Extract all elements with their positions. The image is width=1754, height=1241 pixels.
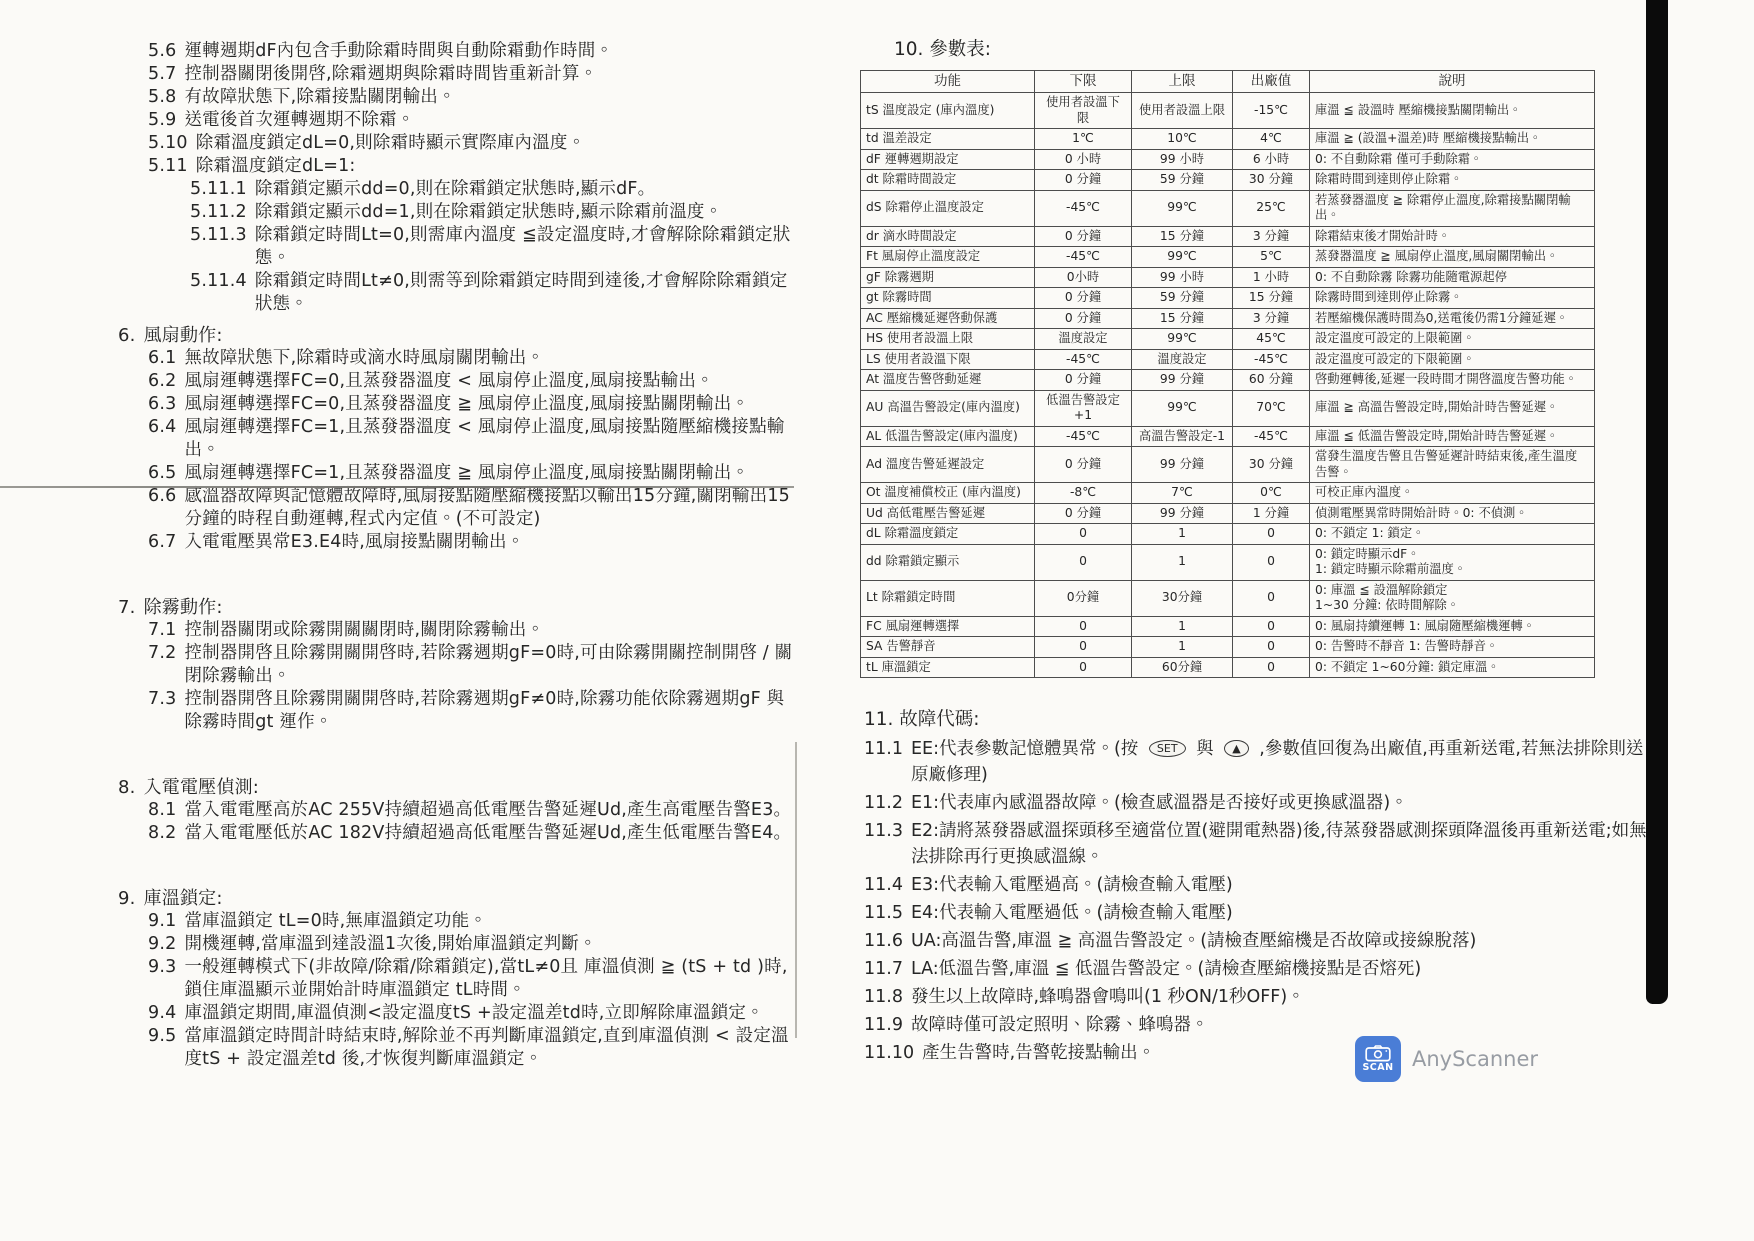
item-text: 風扇運轉選擇FC=0,且蒸發器溫度 < 風扇停止溫度,風扇接點輸出。 [184,370,794,393]
cell-factory-default: 30 分鐘 [1233,170,1310,191]
item-text: 無故障狀態下,除霜時或滴水時風扇關閉輸出。 [184,347,794,370]
table-row: td 溫差設定 1℃ 10℃ 4℃ 庫溫 ≧ (設溫+溫差)時 壓縮機接點輸出。 [861,129,1595,150]
table-row: AC 壓縮機延遲啓動保護 0 分鐘 15 分鐘 3 分鐘 若壓縮機保護時間為0,… [861,308,1595,329]
item-number: 11.1 [864,736,903,788]
item-number: 8.1 [148,799,176,822]
cell-description: 可校正庫內溫度。 [1310,483,1595,504]
cell-function: Lt 除霜鎖定時間 [861,580,1035,616]
fault-code-list: 11.1 EE:代表參數記憶體異常。(按 SET 與 ▲ ,參數值回復為出廠值,… [864,736,1650,1066]
cell-lower-limit: 0 分鐘 [1035,503,1132,524]
table-row: Lt 除霜鎖定時間 0分鐘 30分鐘 0 0: 庫溫 ≦ 設溫解除鎖定 1~30… [861,580,1595,616]
cell-description: 蒸發器溫度 ≧ 風扇停止溫度,風扇關閉輸出。 [1310,247,1595,268]
item-text: 除霜鎖定顯示dd=1,則在除霜鎖定狀態時,顯示除霜前溫度。 [255,201,794,224]
cell-lower-limit: 0 分鐘 [1035,170,1132,191]
cell-factory-default: 0 [1233,616,1310,637]
cell-lower-limit: -45℃ [1035,247,1132,268]
cell-description: 除霜時間到達則停止除霜。 [1310,170,1595,191]
cell-lower-limit: 0分鐘 [1035,580,1132,616]
cell-upper-limit: 99℃ [1132,247,1233,268]
item-number: 7. [118,596,136,619]
item-text: 當入電電壓高於AC 255V持續超過高低電壓告警延遲Ud,產生高電壓告警E3。 [184,799,794,822]
fault-item: 11.3 E2:請將蒸發器感溫探頭移至適當位置(避開電熱器)後,待蒸發器感測探頭… [864,818,1650,870]
cell-upper-limit: 99 小時 [1132,267,1233,288]
cell-function: Ud 高低電壓告警延遲 [861,503,1035,524]
item-text: 風扇運轉選擇FC=1,且蒸發器溫度 ≧ 風扇停止溫度,風扇接點關閉輸出。 [184,462,794,485]
list-item: 6.4 風扇運轉選擇FC=1,且蒸發器溫度 < 風扇停止溫度,風扇接點隨壓縮機接… [148,416,794,462]
cell-function: LS 使用者設溫下限 [861,349,1035,370]
item-number: 6.4 [148,416,176,462]
list-item: 6.7 入電電壓異常E3.E4時,風扇接點關閉輸出。 [148,531,794,554]
item-text: E2:請將蒸發器感溫探頭移至適當位置(避開電熱器)後,待蒸發器感測探頭降溫後再重… [911,818,1650,870]
item-number: 11.6 [864,928,903,954]
fault-item: 11.6 UA:高溫告警,庫溫 ≧ 高溫告警設定。(請檢查壓縮機是否故障或接線脫… [864,928,1650,954]
item-text: 入電電壓偵測: [144,776,794,799]
table-row: FC 風扇運轉選擇 0 1 0 0: 風扇持續運轉 1: 風扇隨壓縮機運轉。 [861,616,1595,637]
cell-function: Ft 風扇停止溫度設定 [861,247,1035,268]
item-text: 開機運轉,當庫溫到達設溫1次後,開始庫溫鎖定判斷。 [184,933,794,956]
cell-description: 除霧時間到達則停止除霧。 [1310,288,1595,309]
item-number: 11.2 [864,790,903,816]
list-item: 7.2 控制器開啓且除霧開關開啓時,若除霧週期gF=0時,可由除霧開關控制開啓 … [148,642,794,688]
cell-upper-limit: 1 [1132,637,1233,658]
cell-description: 設定溫度可設定的下限範圍。 [1310,349,1595,370]
fault-item: 11.5 E4:代表輸入電壓過低。(請檢查輸入電壓) [864,900,1650,926]
list-item: 5.9 送電後首次運轉週期不除霜。 [148,109,794,132]
cell-factory-default: 15 分鐘 [1233,288,1310,309]
item-text: UA:高溫告警,庫溫 ≧ 高溫告警設定。(請檢查壓縮機是否故障或接線脫落) [911,928,1650,954]
item-text: 一般運轉模式下(非故障/除霜/除霜鎖定),當tL≠0且 庫溫偵測 ≧ (tS +… [184,956,794,1002]
table-row: SA 告警靜音 0 1 0 0: 告警時不靜音 1: 告警時靜音。 [861,637,1595,658]
item-number: 5.11.3 [190,224,247,270]
list-item: 9.4 庫溫鎖定期間,庫溫偵測<設定溫度tS +設定溫差td時,立即解除庫溫鎖定… [148,1002,794,1025]
item-number: 6.7 [148,531,176,554]
item-text: 風扇運轉選擇FC=1,且蒸發器溫度 < 風扇停止溫度,風扇接點隨壓縮機接點輸出。 [184,416,794,462]
cell-upper-limit: 99℃ [1132,390,1233,426]
fault-item: 11.9 故障時僅可設定照明、除霧、蜂鳴器。 [864,1012,1650,1038]
cell-upper-limit: 10℃ [1132,129,1233,150]
item-number: 9.2 [148,933,176,956]
anyscanner-brand-text: AnyScanner [1412,1047,1538,1071]
table-row: dF 運轉週期設定 0 小時 99 小時 6 小時 0: 不自動除霜 僅可手動除… [861,149,1595,170]
table-row: AU 高溫告警設定(庫內溫度) 低溫告警設定+1 99℃ 70℃ 庫溫 ≧ 高溫… [861,390,1595,426]
cell-upper-limit: 99℃ [1132,190,1233,226]
item-number: 11.3 [864,818,903,870]
cell-lower-limit: 溫度設定 [1035,329,1132,350]
cell-factory-default: 25℃ [1233,190,1310,226]
item-number: 5.11.1 [190,178,247,201]
cell-description: 0: 不自動除霜 僅可手動除霜。 [1310,149,1595,170]
list-item: 8.1 當入電電壓高於AC 255V持續超過高低電壓告警延遲Ud,產生高電壓告警… [148,799,794,822]
item-number: 9. [118,887,136,910]
item-text: 風扇動作: [144,324,794,347]
item-text: E3:代表輸入電壓過高。(請檢查輸入電壓) [911,872,1650,898]
item-text: 運轉週期dF內包含手動除霜時間與自動除霜動作時間。 [184,40,794,63]
item-number: 9.4 [148,1002,176,1025]
cell-function: HS 使用者設溫上限 [861,329,1035,350]
list-item: 6.2 風扇運轉選擇FC=0,且蒸發器溫度 < 風扇停止溫度,風扇接點輸出。 [148,370,794,393]
cell-lower-limit: 0 [1035,544,1132,580]
cell-function: dr 滴水時間設定 [861,226,1035,247]
item-number: 5.11.2 [190,201,247,224]
cell-description: 0: 庫溫 ≦ 設溫解除鎖定 1~30 分鐘: 依時間解除。 [1310,580,1595,616]
cell-description: 庫溫 ≦ 設溫時 壓縮機接點關閉輸出。 [1310,93,1595,129]
item-number: 5.7 [148,63,176,86]
cell-lower-limit: 0 [1035,637,1132,658]
list-item: 9.2 開機運轉,當庫溫到達設溫1次後,開始庫溫鎖定判斷。 [148,933,794,956]
table-row: Ft 風扇停止溫度設定 -45℃ 99℃ 5℃ 蒸發器溫度 ≧ 風扇停止溫度,風… [861,247,1595,268]
cell-function: dL 除霜溫度鎖定 [861,524,1035,545]
cell-lower-limit: 0 分鐘 [1035,226,1132,247]
cell-factory-default: 6 小時 [1233,149,1310,170]
item-text: 控制器關閉或除霧開關關閉時,關閉除霧輸出。 [184,619,794,642]
fault-ee-text-1: EE:代表參數記憶體異常。(按 [911,739,1138,759]
list-item: 5.11.4 除霜鎖定時間Lt≠0,則需等到除霜鎖定時間到達後,才會解除除霜鎖定… [190,270,794,316]
cell-factory-default: 45℃ [1233,329,1310,350]
cell-function: dS 除霜停止溫度設定 [861,190,1035,226]
table-row: LS 使用者設溫下限 -45℃ 溫度設定 -45℃ 設定溫度可設定的下限範圍。 [861,349,1595,370]
cell-factory-default: 0 [1233,637,1310,658]
list-item: 5.11 除霜溫度鎖定dL=1: [148,155,794,178]
cell-function: FC 風扇運轉選擇 [861,616,1035,637]
item-text: LA:低溫告警,庫溫 ≦ 低溫告警設定。(請檢查壓縮機接點是否熔死) [911,956,1650,982]
item-text: 除霜鎖定時間Lt=0,則需庫內溫度 ≦設定溫度時,才會解除除霜鎖定狀態。 [255,224,794,270]
cell-description: 0: 不自動除霧 除霧功能隨電源起停 [1310,267,1595,288]
cell-function: Ad 溫度告警延遲設定 [861,447,1035,483]
item-number: 5.8 [148,86,176,109]
cell-function: At 溫度告警啓動延遲 [861,370,1035,391]
cell-function: td 溫差設定 [861,129,1035,150]
item-number: 8.2 [148,822,176,845]
cell-lower-limit: 0 [1035,657,1132,678]
cell-upper-limit: 99 小時 [1132,149,1233,170]
cell-factory-default: 3 分鐘 [1233,226,1310,247]
cell-function: gF 除霧週期 [861,267,1035,288]
parameter-table: 功能 下限 上限 出廠值 說明 tS 溫度設定 (庫內溫度) 使 [860,70,1595,678]
cell-description: 庫溫 ≦ 低溫告警設定時,開始計時告警延遲。 [1310,426,1595,447]
table-header-cell: 下限 [1035,71,1132,93]
item-number: 5.10 [148,132,188,155]
cell-description: 0: 鎖定時顯示dF。 1: 鎖定時顯示除霜前溫度。 [1310,544,1595,580]
table-row: dr 滴水時間設定 0 分鐘 15 分鐘 3 分鐘 除霜結束後才開始計時。 [861,226,1595,247]
anyscanner-watermark: SCAN AnyScanner [1355,1036,1538,1082]
item-number: 7.3 [148,688,176,734]
cell-factory-default: 3 分鐘 [1233,308,1310,329]
cell-factory-default: 0 [1233,580,1310,616]
cell-upper-limit: 99 分鐘 [1132,503,1233,524]
cell-lower-limit: 0小時 [1035,267,1132,288]
cell-factory-default: -45℃ [1233,426,1310,447]
cell-upper-limit: 30分鐘 [1132,580,1233,616]
item-text: 庫溫鎖定: [144,887,794,910]
cell-function: AU 高溫告警設定(庫內溫度) [861,390,1035,426]
cell-lower-limit: -45℃ [1035,349,1132,370]
cell-description: 庫溫 ≧ (設溫+溫差)時 壓縮機接點輸出。 [1310,129,1595,150]
cell-lower-limit: 0 小時 [1035,149,1132,170]
anyscanner-logo-icon: SCAN [1355,1036,1401,1082]
cell-factory-default: 4℃ [1233,129,1310,150]
item-number: 8. [118,776,136,799]
table-row: Ot 溫度補償校正 (庫內溫度) -8℃ 7℃ 0℃ 可校正庫內溫度。 [861,483,1595,504]
cell-factory-default: 70℃ [1233,390,1310,426]
list-item: 6. 風扇動作: [118,324,794,347]
table-row: dd 除霜鎖定顯示 0 1 0 0: 鎖定時顯示dF。 1: 鎖定時顯示除霜前溫… [861,544,1595,580]
cell-upper-limit: 99 分鐘 [1132,447,1233,483]
cell-lower-limit: 0 分鐘 [1035,370,1132,391]
item-text: 產生告警時,告警乾接點輸出。 [922,1040,1650,1066]
list-item: 6.6 感溫器故障與記憶體故障時,風扇接點隨壓縮機接點以輸出15分鐘,關閉輸出1… [148,485,794,531]
cell-upper-limit: 使用者設溫上限 [1132,93,1233,129]
item-number: 6.1 [148,347,176,370]
cell-lower-limit: 0 分鐘 [1035,447,1132,483]
cell-description: 若壓縮機保護時間為0,送電後仍需1分鐘延遲。 [1310,308,1595,329]
list-item: 9. 庫溫鎖定: [118,887,794,910]
list-item: 6.5 風扇運轉選擇FC=1,且蒸發器溫度 ≧ 風扇停止溫度,風扇接點關閉輸出。 [148,462,794,485]
item-number: 6.2 [148,370,176,393]
item-number: 5.11 [148,155,188,178]
cell-factory-default: 0 [1233,524,1310,545]
item-text: 庫溫鎖定期間,庫溫偵測<設定溫度tS +設定溫差td時,立即解除庫溫鎖定。 [184,1002,794,1025]
cell-upper-limit: 15 分鐘 [1132,226,1233,247]
cell-factory-default: 1 分鐘 [1233,503,1310,524]
list-item: 5.7 控制器關閉後開啓,除霜週期與除霜時間皆重新計算。 [148,63,794,86]
item-number: 11.9 [864,1012,903,1038]
table-row: tS 溫度設定 (庫內溫度) 使用者設溫下限 使用者設溫上限 -15℃ 庫溫 ≦… [861,93,1595,129]
cell-factory-default: 0℃ [1233,483,1310,504]
item-number: 9.3 [148,956,176,1002]
list-item: 6.3 風扇運轉選擇FC=0,且蒸發器溫度 ≧ 風扇停止溫度,風扇接點關閉輸出。 [148,393,794,416]
parameter-table-title: 10. 參數表: [894,38,1650,62]
cell-upper-limit: 高溫告警設定-1 [1132,426,1233,447]
fault-item-ee: 11.1 EE:代表參數記憶體異常。(按 SET 與 ▲ ,參數值回復為出廠值,… [864,736,1650,788]
fault-item: 11.7 LA:低溫告警,庫溫 ≦ 低溫告警設定。(請檢查壓縮機接點是否熔死) [864,956,1650,982]
table-row: gF 除霧週期 0小時 99 小時 1 小時 0: 不自動除霧 除霧功能隨電源起… [861,267,1595,288]
cell-upper-limit: 1 [1132,544,1233,580]
cell-upper-limit: 60分鐘 [1132,657,1233,678]
table-row: tL 庫溫鎖定 0 60分鐘 0 0: 不鎖定 1~60分鐘: 鎖定庫溫。 [861,657,1595,678]
cell-description: 當發生溫度告警且告警延遲計時結束後,產生溫度告警。 [1310,447,1595,483]
cell-description: 庫溫 ≧ 高溫告警設定時,開始計時告警延遲。 [1310,390,1595,426]
cell-description: 0: 不鎖定 1: 鎖定。 [1310,524,1595,545]
list-item: 7.3 控制器開啓且除霧開關開啓時,若除霧週期gF≠0時,除霧功能依除霧週期gF… [148,688,794,734]
item-text: E4:代表輸入電壓過低。(請檢查輸入電壓) [911,900,1650,926]
cell-upper-limit: 99 分鐘 [1132,370,1233,391]
cell-function: tS 溫度設定 (庫內溫度) [861,93,1035,129]
item-text: 入電電壓異常E3.E4時,風扇接點關閉輸出。 [184,531,794,554]
list-item: 9.1 當庫溫鎖定 tL=0時,無庫溫鎖定功能。 [148,910,794,933]
item-number: 5.9 [148,109,176,132]
cell-function: Ot 溫度補償校正 (庫內溫度) [861,483,1035,504]
set-key-icon: SET [1149,740,1186,757]
scan-artifact-vertical-fold-line [795,742,797,1038]
cell-factory-default: 30 分鐘 [1233,447,1310,483]
table-header-cell: 功能 [861,71,1035,93]
cell-upper-limit: 1 [1132,524,1233,545]
cell-function: dd 除霜鎖定顯示 [861,544,1035,580]
list-item: 5.10 除霜溫度鎖定dL=0,則除霜時顯示實際庫內溫度。 [148,132,794,155]
item-text: E1:代表庫內感溫器故障。(檢查感溫器是否接好或更換感溫器)。 [911,790,1650,816]
table-header-cell: 上限 [1132,71,1233,93]
fault-codes-title: 11. 故障代碼: [864,708,1650,732]
cell-upper-limit: 溫度設定 [1132,349,1233,370]
item-number: 11.10 [864,1040,914,1066]
cell-upper-limit: 1 [1132,616,1233,637]
table-header-row: 功能 下限 上限 出廠值 說明 [861,71,1595,93]
cell-description: 0: 不鎖定 1~60分鐘: 鎖定庫溫。 [1310,657,1595,678]
item-text: 控制器開啓且除霧開關開啓時,若除霧週期gF≠0時,除霧功能依除霧週期gF 與除霧… [184,688,794,734]
cell-upper-limit: 15 分鐘 [1132,308,1233,329]
list-item: 6.1 無故障狀態下,除霜時或滴水時風扇關閉輸出。 [148,347,794,370]
cell-lower-limit: 0 [1035,524,1132,545]
list-item: 8. 入電電壓偵測: [118,776,794,799]
item-text: 當入電電壓低於AC 182V持續超過高低電壓告警延遲Ud,產生低電壓告警E4。 [184,822,794,845]
item-text: 送電後首次運轉週期不除霜。 [184,109,794,132]
item-text: 除霜溫度鎖定dL=1: [196,155,794,178]
item-number: 6. [118,324,136,347]
item-text: 風扇運轉選擇FC=0,且蒸發器溫度 ≧ 風扇停止溫度,風扇接點關閉輸出。 [184,393,794,416]
list-item: 5.11.1 除霜鎖定顯示dd=0,則在除霜鎖定狀態時,顯示dF。 [190,178,794,201]
left-column: 5.6 運轉週期dF內包含手動除霜時間與自動除霜動作時間。 5.7 控制器關閉後… [104,40,794,1071]
fault-item: 11.8 發生以上故障時,蜂鳴器會鳴叫(1 秒ON/1秒OFF)。 [864,984,1650,1010]
item-number: 5.6 [148,40,176,63]
table-row: dL 除霜溫度鎖定 0 1 0 0: 不鎖定 1: 鎖定。 [861,524,1595,545]
table-header-cell: 說明 [1310,71,1595,93]
cell-function: gt 除霧時間 [861,288,1035,309]
fault-ee-text-2: 與 [1196,739,1214,759]
cell-factory-default: 1 小時 [1233,267,1310,288]
cell-factory-default: 0 [1233,657,1310,678]
item-text: 除霧動作: [144,596,794,619]
right-column: 10. 參數表: 功能 下限 上限 出廠值 說明 [794,38,1650,1066]
scan-label: SCAN [1362,1063,1393,1073]
cell-description: 設定溫度可設定的上限範圍。 [1310,329,1595,350]
cell-description: 啓動運轉後,延遲一段時間才開啓溫度告警功能。 [1310,370,1595,391]
fault-item: 11.4 E3:代表輸入電壓過高。(請檢查輸入電壓) [864,872,1650,898]
cell-function: AL 低溫告警設定(庫內溫度) [861,426,1035,447]
item-text: 當庫溫鎖定 tL=0時,無庫溫鎖定功能。 [184,910,794,933]
cell-upper-limit: 7℃ [1132,483,1233,504]
cell-factory-default: 5℃ [1233,247,1310,268]
cell-description: 偵測電壓異常時開始計時。0: 不偵測。 [1310,503,1595,524]
table-row: AL 低溫告警設定(庫內溫度) -45℃ 高溫告警設定-1 -45℃ 庫溫 ≦ … [861,426,1595,447]
cell-function: dF 運轉週期設定 [861,149,1035,170]
cell-lower-limit: 0 分鐘 [1035,308,1132,329]
item-number: 6.3 [148,393,176,416]
item-text: 除霜溫度鎖定dL=0,則除霜時顯示實際庫內溫度。 [196,132,794,155]
cell-lower-limit: -8℃ [1035,483,1132,504]
list-item: 5.6 運轉週期dF內包含手動除霜時間與自動除霜動作時間。 [148,40,794,63]
up-arrow-key-icon: ▲ [1224,740,1248,757]
list-item: 7. 除霧動作: [118,596,794,619]
cell-upper-limit: 59 分鐘 [1132,288,1233,309]
cell-function: AC 壓縮機延遲啓動保護 [861,308,1035,329]
item-number: 6.5 [148,462,176,485]
scan-artifact-horizontal-line [0,486,794,488]
cell-description: 0: 風扇持續運轉 1: 風扇隨壓縮機運轉。 [1310,616,1595,637]
cell-description: 除霜結束後才開始計時。 [1310,226,1595,247]
item-text: 故障時僅可設定照明、除霧、蜂鳴器。 [911,1012,1650,1038]
table-row: HS 使用者設溫上限 溫度設定 99℃ 45℃ 設定溫度可設定的上限範圍。 [861,329,1595,350]
item-text: 當庫溫鎖定時間計時結束時,解除並不再判斷庫溫鎖定,直到庫溫偵測 < 設定溫度tS… [184,1025,794,1071]
item-text: 控制器開啓且除霧開關開啓時,若除霧週期gF=0時,可由除霧開關控制開啓 / 關閉… [184,642,794,688]
table-header-cell: 出廠值 [1233,71,1310,93]
cell-function: SA 告警靜音 [861,637,1035,658]
table-row: At 溫度告警啓動延遲 0 分鐘 99 分鐘 60 分鐘 啓動運轉後,延遲一段時… [861,370,1595,391]
list-item: 9.5 當庫溫鎖定時間計時結束時,解除並不再判斷庫溫鎖定,直到庫溫偵測 < 設定… [148,1025,794,1071]
cell-function: tL 庫溫鎖定 [861,657,1035,678]
item-text: 感溫器故障與記憶體故障時,風扇接點隨壓縮機接點以輸出15分鐘,關閉輸出15分鐘的… [184,485,794,531]
cell-lower-limit: -45℃ [1035,426,1132,447]
cell-upper-limit: 59 分鐘 [1132,170,1233,191]
scanned-manual-page: 5.6 運轉週期dF內包含手動除霜時間與自動除霜動作時間。 5.7 控制器關閉後… [0,0,1754,1241]
cell-lower-limit: 0 分鐘 [1035,288,1132,309]
item-number: 11.4 [864,872,903,898]
item-text: 除霜鎖定時間Lt≠0,則需等到除霜鎖定時間到達後,才會解除除霜鎖定狀態。 [255,270,794,316]
item-number: 5.11.4 [190,270,247,316]
item-text: 有故障狀態下,除霜接點關閉輸出。 [184,86,794,109]
item-number: 9.1 [148,910,176,933]
item-number: 7.1 [148,619,176,642]
table-row: gt 除霧時間 0 分鐘 59 分鐘 15 分鐘 除霧時間到達則停止除霧。 [861,288,1595,309]
scan-artifact-black-edge-bar [1646,0,1668,1004]
cell-lower-limit: 1℃ [1035,129,1132,150]
cell-lower-limit: 低溫告警設定+1 [1035,390,1132,426]
table-row: Ud 高低電壓告警延遲 0 分鐘 99 分鐘 1 分鐘 偵測電壓異常時開始計時。… [861,503,1595,524]
cell-factory-default: -15℃ [1233,93,1310,129]
item-text: 發生以上故障時,蜂鳴器會鳴叫(1 秒ON/1秒OFF)。 [911,984,1650,1010]
cell-description: 0: 告警時不靜音 1: 告警時靜音。 [1310,637,1595,658]
table-row: Ad 溫度告警延遲設定 0 分鐘 99 分鐘 30 分鐘 當發生溫度告警且告警延… [861,447,1595,483]
cell-factory-default: 60 分鐘 [1233,370,1310,391]
item-number: 9.5 [148,1025,176,1071]
list-item: 5.11.3 除霜鎖定時間Lt=0,則需庫內溫度 ≦設定溫度時,才會解除除霜鎖定… [190,224,794,270]
item-number: 11.7 [864,956,903,982]
list-item: 5.8 有故障狀態下,除霜接點關閉輸出。 [148,86,794,109]
item-number: 7.2 [148,642,176,688]
item-text: 除霜鎖定顯示dd=0,則在除霜鎖定狀態時,顯示dF。 [255,178,794,201]
table-row: dt 除霜時間設定 0 分鐘 59 分鐘 30 分鐘 除霜時間到達則停止除霜。 [861,170,1595,191]
list-item: 5.11.2 除霜鎖定顯示dd=1,則在除霜鎖定狀態時,顯示除霜前溫度。 [190,201,794,224]
item-text: EE:代表參數記憶體異常。(按 SET 與 ▲ ,參數值回復為出廠值,再重新送電… [911,736,1650,788]
cell-factory-default: -45℃ [1233,349,1310,370]
item-number: 6.6 [148,485,176,531]
item-number: 11.5 [864,900,903,926]
list-item: 8.2 當入電電壓低於AC 182V持續超過高低電壓告警延遲Ud,產生低電壓告警… [148,822,794,845]
cell-function: dt 除霜時間設定 [861,170,1035,191]
cell-description: 若蒸發器溫度 ≧ 除霜停止溫度,除霜接點關閉輸出。 [1310,190,1595,226]
cell-lower-limit: 0 [1035,616,1132,637]
camera-icon [1365,1045,1391,1062]
cell-factory-default: 0 [1233,544,1310,580]
table-row: dS 除霜停止溫度設定 -45℃ 99℃ 25℃ 若蒸發器溫度 ≧ 除霜停止溫度… [861,190,1595,226]
cell-upper-limit: 99℃ [1132,329,1233,350]
cell-lower-limit: -45℃ [1035,190,1132,226]
cell-lower-limit: 使用者設溫下限 [1035,93,1132,129]
fault-item: 11.2 E1:代表庫內感溫器故障。(檢查感溫器是否接好或更換感溫器)。 [864,790,1650,816]
item-text: 控制器關閉後開啓,除霜週期與除霜時間皆重新計算。 [184,63,794,86]
list-item: 7.1 控制器關閉或除霧開關關閉時,關閉除霧輸出。 [148,619,794,642]
item-number: 11.8 [864,984,903,1010]
list-item: 9.3 一般運轉模式下(非故障/除霜/除霜鎖定),當tL≠0且 庫溫偵測 ≧ (… [148,956,794,1002]
